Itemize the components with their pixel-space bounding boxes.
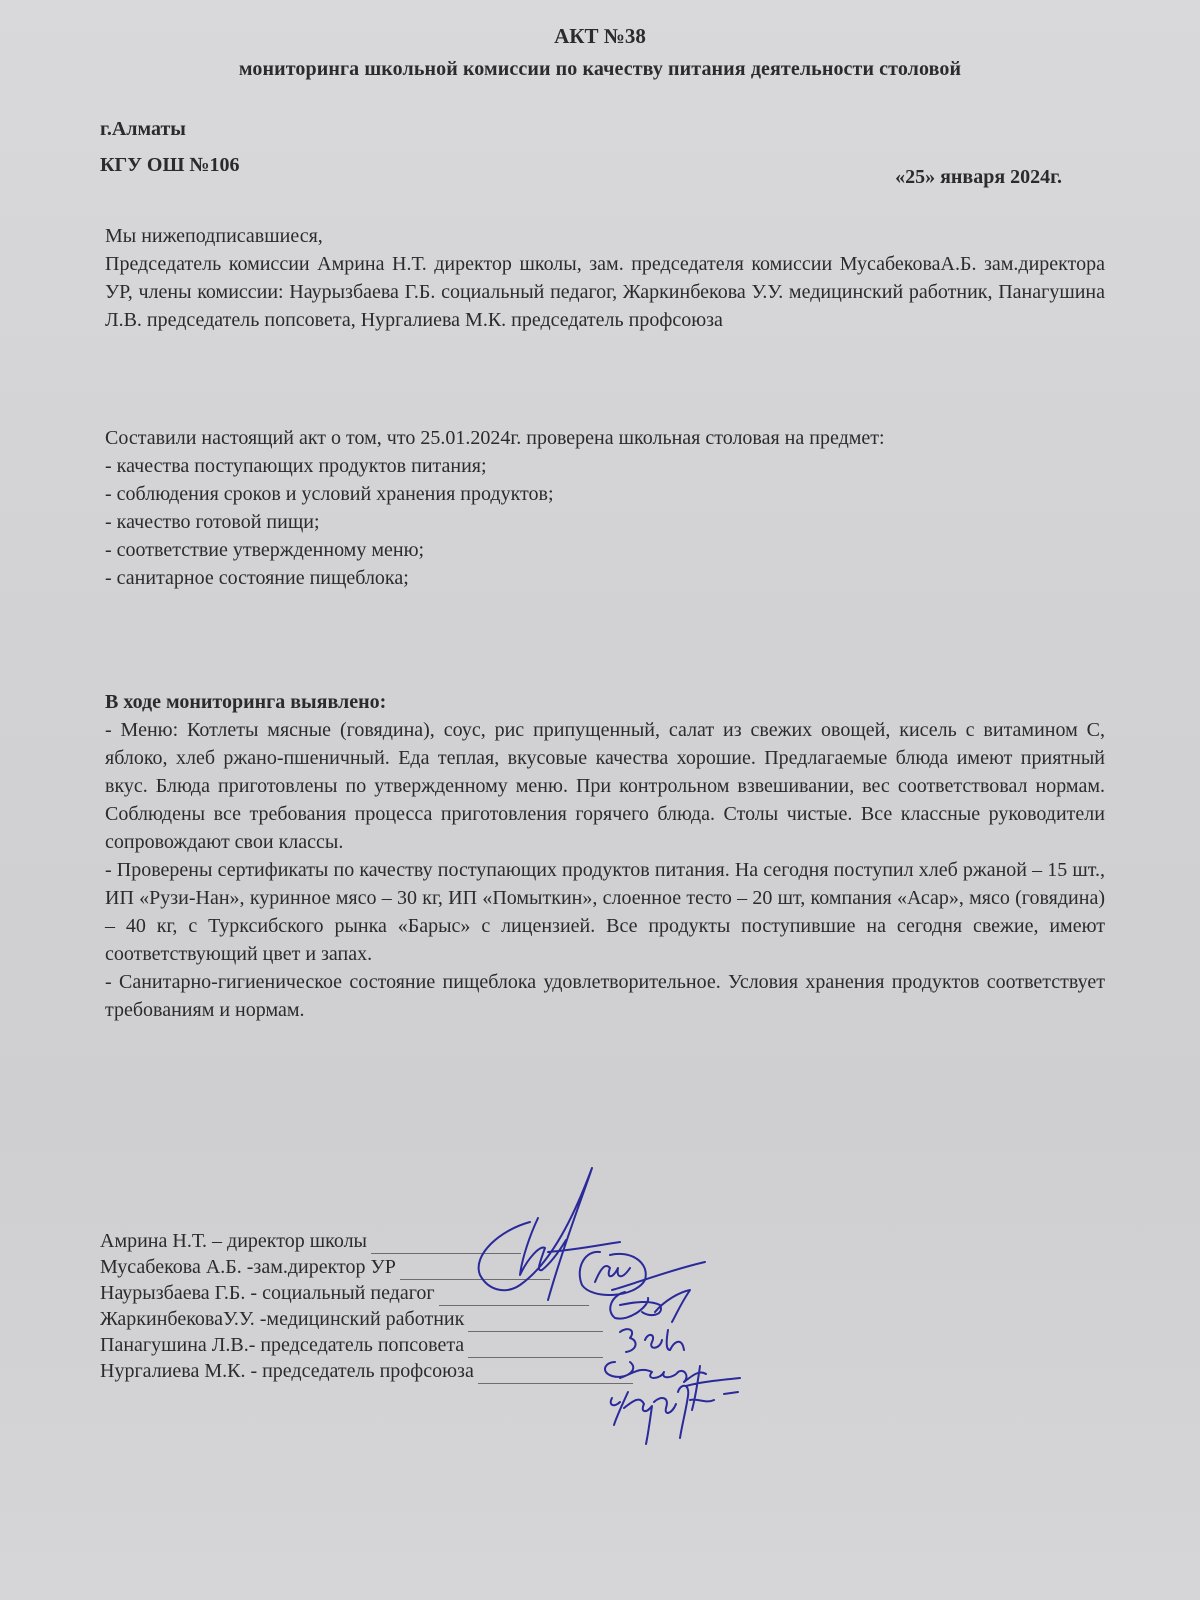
signature-line	[468, 1309, 603, 1332]
findings-paragraph-menu: - Меню: Котлеты мясные (говядина), соус,…	[105, 716, 1105, 856]
signatory-label: Мусабекова А.Б. -зам.директор УР	[100, 1254, 396, 1280]
signature-line	[400, 1257, 550, 1280]
signatory-label: Амрина Н.Т. – директор школы	[100, 1228, 367, 1254]
signature-line	[478, 1361, 633, 1384]
purpose-item: - качество готовой пищи;	[105, 508, 1105, 536]
signatory-label: Наурызбаева Г.Б. - социальный педагог	[100, 1280, 435, 1306]
signatory-label: Нургалиева М.К. - председатель профсоюза	[100, 1358, 474, 1384]
signature-line	[439, 1283, 589, 1306]
signature-nurgalieva-icon	[611, 1386, 738, 1444]
commission-composition: Председатель комиссии Амрина Н.Т. директ…	[105, 250, 1105, 334]
signatures-block: Амрина Н.Т. – директор школы Мусабекова …	[100, 1228, 633, 1384]
purpose-item: - соблюдения сроков и условий хранения п…	[105, 480, 1105, 508]
intro-section: Мы нижеподписавшиеся, Председатель комис…	[105, 222, 1105, 334]
purpose-item: - качества поступающих продуктов питания…	[105, 452, 1105, 480]
document-title: АКТ №38	[0, 24, 1200, 49]
findings-heading: В ходе мониторинга выявлено:	[105, 688, 1105, 716]
signatory-row: Амрина Н.Т. – директор школы	[100, 1228, 633, 1254]
purpose-section: Составили настоящий акт о том, что 25.01…	[105, 424, 1105, 592]
document-subtitle: мониторинга школьной комиссии по качеств…	[0, 58, 1200, 81]
findings-paragraph-certificates: - Проверены сертификаты по качеству пост…	[105, 856, 1105, 968]
signature-line	[371, 1231, 521, 1254]
document-date: «25» января 2024г.	[895, 166, 1062, 189]
signatory-row: ЖаркинбековаУ.У. -медицинский работник	[100, 1306, 633, 1332]
signatory-row: Нургалиева М.К. - председатель профсоюза	[100, 1358, 633, 1384]
purpose-item: - санитарное состояние пищеблока;	[105, 564, 1105, 592]
signature-line	[468, 1335, 603, 1358]
signatory-label: Панагушина Л.В.- председатель попсовета	[100, 1332, 464, 1358]
purpose-lead: Составили настоящий акт о том, что 25.01…	[105, 424, 1105, 452]
findings-section: В ходе мониторинга выявлено: - Меню: Кот…	[105, 688, 1105, 1024]
document-page: АКТ №38 мониторинга школьной комиссии по…	[0, 0, 1200, 1600]
signatory-row: Наурызбаева Г.Б. - социальный педагог	[100, 1280, 633, 1306]
organization-label: КГУ ОШ №106	[100, 154, 240, 177]
purpose-item: - соответствие утвержденному меню;	[105, 536, 1105, 564]
signatory-row: Панагушина Л.В.- председатель попсовета	[100, 1332, 633, 1358]
city-label: г.Алматы	[100, 118, 186, 141]
findings-paragraph-sanitary: - Санитарно-гигиеническое состояние пище…	[105, 968, 1105, 1024]
signatory-label: ЖаркинбековаУ.У. -медицинский работник	[100, 1306, 464, 1332]
signatory-row: Мусабекова А.Б. -зам.директор УР	[100, 1254, 633, 1280]
intro-greeting: Мы нижеподписавшиеся,	[105, 222, 1105, 250]
